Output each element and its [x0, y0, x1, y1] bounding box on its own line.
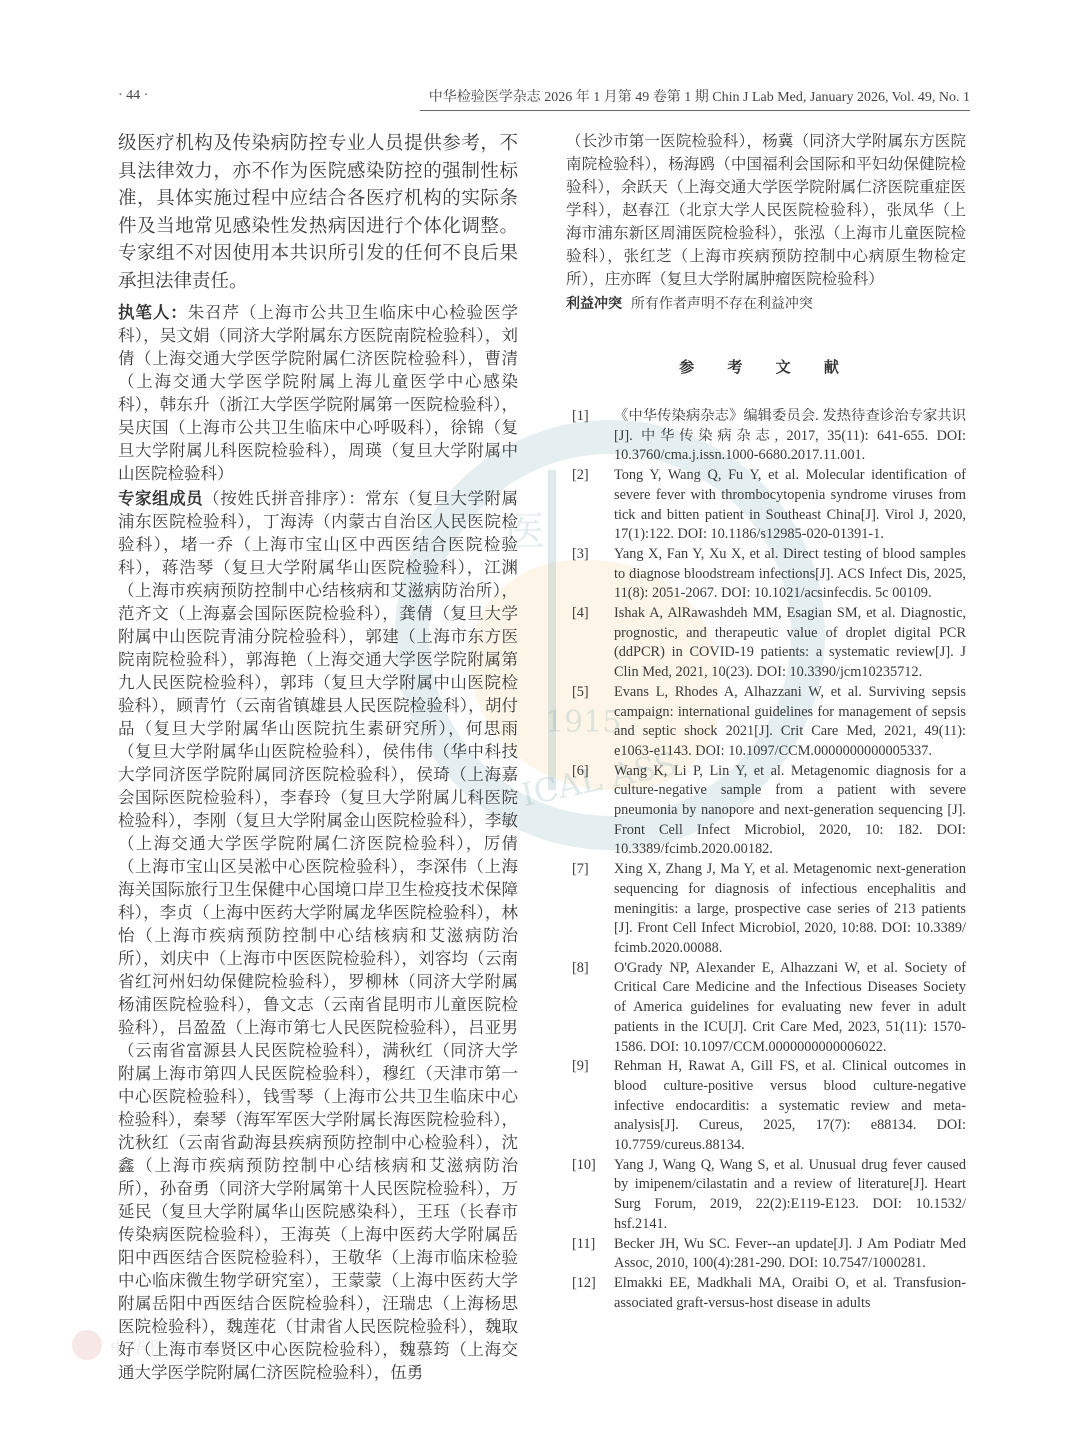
experts-paragraph: 专家组成员（按姓氏拼音排序）：常东（复旦大学附属浦东医院检验科），丁海涛（内蒙古…: [118, 487, 518, 1384]
references-list: [1]《中华传染病杂志》编辑委员会. 发热待查诊治专家共识[J]. 中华传染病杂…: [566, 407, 966, 1313]
conflict-of-interest: 利益冲突 所有作者声明不存在利益冲突: [566, 293, 966, 316]
experts-label: 专家组成员: [118, 489, 203, 508]
reference-item: [7]Xing X, Zhang J, Ma Y, et al. Metagen…: [566, 860, 966, 959]
experts-note: （按姓氏拼音排序）：: [203, 489, 365, 508]
reference-number: [7]: [572, 860, 589, 880]
publisher-watermark-text: 中华医学会杂志社: [110, 1335, 270, 1358]
watermark-staff-icon: [548, 470, 556, 790]
reference-text: Wang K, Li P, Lin Y, et al. Metagenomic …: [614, 763, 966, 858]
reference-text: O'Grady NP, Alexander E, Alhazzani W, et…: [614, 960, 966, 1055]
reference-number: [4]: [572, 604, 589, 624]
publisher-logo-icon: [72, 1330, 102, 1360]
reference-item: [4]Ishak A, AlRawashdeh MM, Esagian SM, …: [566, 604, 966, 683]
reference-text: Elmakki EE, Madkhali MA, Oraibi O, et al…: [614, 1275, 966, 1311]
reference-number: [6]: [572, 762, 589, 782]
writers-paragraph: 执笔人：朱召芹（上海市公共卫生临床中心检验医学科），吴文娟（同济大学附属东方医院…: [118, 301, 518, 485]
reference-text: Yang X, Fan Y, Xu X, et al. Direct testi…: [614, 546, 966, 601]
coi-label: 利益冲突: [566, 296, 622, 312]
reference-item: [8]O'Grady NP, Alexander E, Alhazzani W,…: [566, 959, 966, 1058]
reference-number: [8]: [572, 959, 589, 979]
reference-item: [12]Elmakki EE, Madkhali MA, Oraibi O, e…: [566, 1274, 966, 1313]
page-number: · 44 ·: [118, 88, 148, 104]
reference-item: [11]Becker JH, Wu SC. Fever--an update[J…: [566, 1235, 966, 1274]
references-heading: 参 考 文 献: [566, 356, 966, 379]
reference-number: [1]: [572, 407, 589, 427]
reference-number: [11]: [572, 1235, 595, 1255]
reference-number: [12]: [572, 1274, 596, 1294]
reference-text: Evans L, Rhodes A, Alhazzani W, et al. S…: [614, 684, 966, 759]
left-column: 级医疗机构及传染病防控专业人员提供参考，不具法律效力，亦不作为医院感染防控的强制…: [118, 130, 518, 1384]
reference-number: [5]: [572, 683, 589, 703]
writers-label: 执笔人：: [118, 303, 188, 322]
reference-text: Yang J, Wang Q, Wang S, et al. Unusual d…: [614, 1157, 966, 1232]
reference-text: 《中华传染病杂志》编辑委员会. 发热待查诊治专家共识[J]. 中华传染病杂志, …: [614, 408, 966, 463]
coi-text: 所有作者声明不存在利益冲突: [631, 296, 813, 312]
reference-text: Becker JH, Wu SC. Fever--an update[J]. J…: [614, 1236, 966, 1272]
reference-item: [5]Evans L, Rhodes A, Alhazzani W, et al…: [566, 683, 966, 762]
reference-number: [3]: [572, 545, 589, 565]
reference-item: [2]Tong Y, Wang Q, Fu Y, et al. Molecula…: [566, 466, 966, 545]
reference-item: [10]Yang J, Wang Q, Wang S, et al. Unusu…: [566, 1156, 966, 1235]
reference-text: Rehman H, Rawat A, Gill FS, et al. Clini…: [614, 1058, 966, 1153]
experts-list: 常东（复旦大学附属浦东医院检验科），丁海涛（内蒙古自治区人民医院检验科），堵一乔…: [118, 489, 518, 1382]
reference-text: Xing X, Zhang J, Ma Y, et al. Metagenomi…: [614, 861, 966, 956]
reference-number: [9]: [572, 1057, 589, 1077]
reference-item: [3]Yang X, Fan Y, Xu X, et al. Direct te…: [566, 545, 966, 604]
reference-text: Ishak A, AlRawashdeh MM, Esagian SM, et …: [614, 605, 966, 680]
reference-item: [9]Rehman H, Rawat A, Gill FS, et al. Cl…: [566, 1057, 966, 1156]
page-header: · 44 · 中华检验医学杂志 2026 年 1 月第 49 卷第 1 期 Ch…: [118, 86, 970, 112]
disclaimer-paragraph: 级医疗机构及传染病防控专业人员提供参考，不具法律效力，亦不作为医院感染防控的强制…: [118, 130, 518, 295]
reference-item: [1]《中华传染病杂志》编辑委员会. 发热待查诊治专家共识[J]. 中华传染病杂…: [566, 407, 966, 466]
experts-continued: （长沙市第一医院检验科），杨冀（同济大学附属东方医院南院检验科），杨海鸥（中国福…: [566, 130, 966, 291]
reference-text: Tong Y, Wang Q, Fu Y, et al. Molecular i…: [614, 467, 966, 542]
reference-item: [6]Wang K, Li P, Lin Y, et al. Metagenom…: [566, 762, 966, 861]
writers-list: 朱召芹（上海市公共卫生临床中心检验医学科），吴文娟（同济大学附属东方医院南院检验…: [118, 303, 518, 483]
journal-citation: 中华检验医学杂志 2026 年 1 月第 49 卷第 1 期 Chin J La…: [420, 86, 970, 111]
reference-number: [10]: [572, 1156, 596, 1176]
right-column: （长沙市第一医院检验科），杨冀（同济大学附属东方医院南院检验科），杨海鸥（中国福…: [566, 130, 966, 1313]
reference-number: [2]: [572, 466, 589, 486]
